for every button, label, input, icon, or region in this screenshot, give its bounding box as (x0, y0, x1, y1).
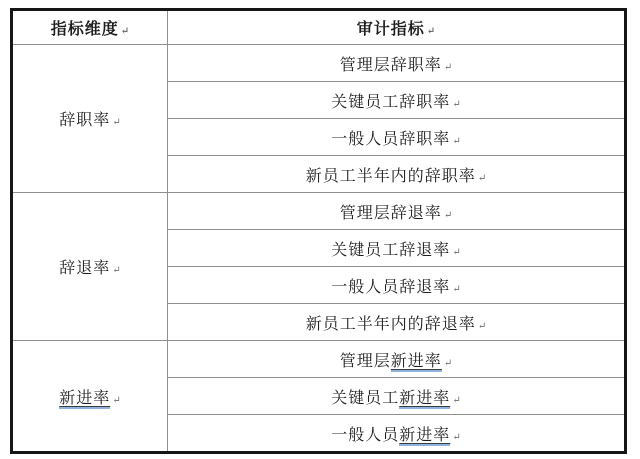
paragraph-mark: ↵ (112, 265, 120, 276)
paragraph-mark: ↵ (112, 395, 120, 406)
indicator-label: 关键员工辞职率 (331, 94, 450, 111)
indicator-cell: 关键员工辞职率↵ (168, 82, 626, 119)
paragraph-mark: ↵ (444, 210, 452, 221)
indicator-prefix: 管理层 (340, 353, 391, 370)
dimension-label: 辞退率 (59, 260, 110, 277)
indicator-cell: 一般人员辞退率↵ (168, 267, 626, 304)
paragraph-mark: ↵ (452, 136, 460, 147)
indicator-cell: 关键员工新进率↵ (168, 378, 626, 415)
paragraph-mark: ↵ (478, 321, 486, 332)
indicator-cell: 管理层辞职率↵ (168, 45, 626, 82)
indicator-label: 管理层辞退率 (340, 205, 442, 222)
indicator-header-cell: 审计指标↵ (168, 10, 626, 45)
dimension-header-cell: 指标维度↵ (12, 10, 168, 45)
paragraph-mark: ↵ (427, 26, 435, 37)
indicator-cell: 管理层辞退率↵ (168, 193, 626, 230)
table-row: 辞退率↵ 管理层辞退率↵ (12, 193, 626, 230)
indicator-underlined-part: 新进率 (399, 390, 450, 409)
paragraph-mark: ↵ (444, 62, 452, 73)
table-row: 辞职率↵ 管理层辞职率↵ (12, 45, 626, 82)
indicator-cell: 关键员工辞退率↵ (168, 230, 626, 267)
dimension-cell-newhire: 新进率↵ (12, 341, 168, 453)
dimension-cell-resignation: 辞职率↵ (12, 45, 168, 193)
paragraph-mark: ↵ (121, 26, 129, 37)
indicator-label: 一般人员辞职率 (331, 131, 450, 148)
document-page: 指标维度↵ 审计指标↵ 辞职率↵ 管理层辞职率↵ 关键员工辞职率↵ 一般人员辞职… (0, 0, 640, 459)
dimension-header-label: 指标维度 (51, 21, 119, 38)
indicator-label: 一般人员辞退率 (331, 279, 450, 296)
indicator-label: 新员工半年内的辞职率 (306, 168, 476, 185)
paragraph-mark: ↵ (112, 117, 120, 128)
indicator-cell: 一般人员辞职率↵ (168, 119, 626, 156)
indicator-underlined-part: 新进率 (391, 353, 442, 372)
dimension-cell-dismissal: 辞退率↵ (12, 193, 168, 341)
indicator-cell: 新员工半年内的辞职率↵ (168, 156, 626, 193)
indicator-prefix: 关键员工 (331, 390, 399, 407)
paragraph-mark: ↵ (478, 173, 486, 184)
table-row: 新进率↵ 管理层新进率↵ (12, 341, 626, 378)
paragraph-mark: ↵ (452, 247, 460, 258)
dimension-label: 辞职率 (59, 112, 110, 129)
indicator-label: 管理层辞职率 (340, 57, 442, 74)
indicator-cell: 管理层新进率↵ (168, 341, 626, 378)
indicator-cell: 一般人员新进率↵ (168, 415, 626, 453)
indicator-cell: 新员工半年内的辞退率↵ (168, 304, 626, 341)
indicator-label: 关键员工辞退率 (331, 242, 450, 259)
header-row: 指标维度↵ 审计指标↵ (12, 10, 626, 45)
indicator-label: 新员工半年内的辞退率 (306, 316, 476, 333)
indicator-header-label: 审计指标 (357, 21, 425, 38)
paragraph-mark: ↵ (452, 99, 460, 110)
paragraph-mark: ↵ (444, 358, 452, 369)
audit-indicator-table: 指标维度↵ 审计指标↵ 辞职率↵ 管理层辞职率↵ 关键员工辞职率↵ 一般人员辞职… (10, 8, 627, 454)
paragraph-mark: ↵ (452, 284, 460, 295)
indicator-underlined-part: 新进率 (399, 427, 450, 446)
paragraph-mark: ↵ (452, 395, 460, 406)
indicator-prefix: 一般人员 (331, 427, 399, 444)
paragraph-mark: ↵ (452, 432, 460, 443)
dimension-label-underlined: 新进率 (59, 390, 110, 409)
